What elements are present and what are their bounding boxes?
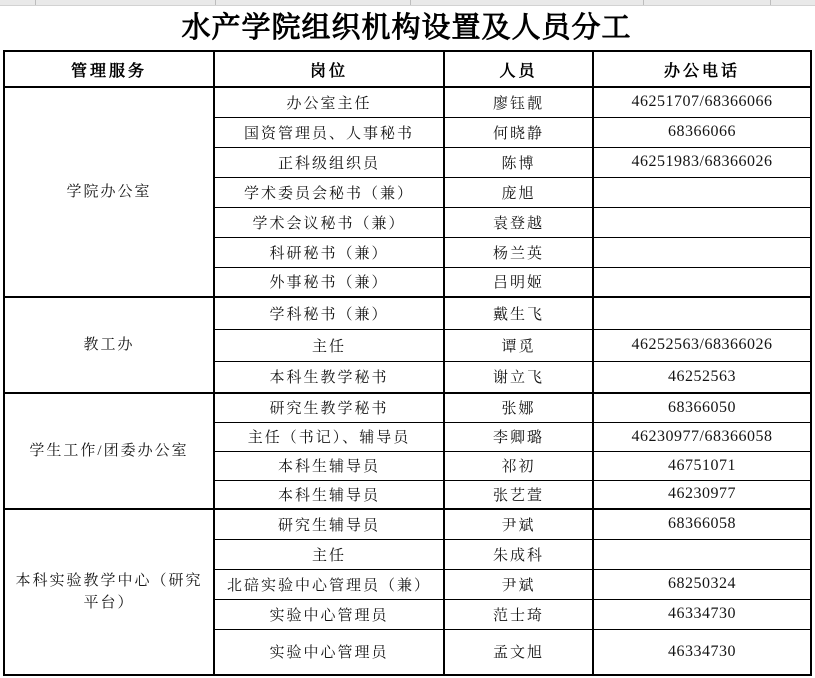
person-cell: 范士琦 bbox=[444, 599, 593, 629]
col-header-position: 岗位 bbox=[214, 51, 444, 87]
spreadsheet-row-edge bbox=[0, 0, 815, 6]
table-row: 教工办学科秘书（兼）戴生飞 bbox=[4, 297, 811, 329]
phone-cell: 68366058 bbox=[593, 509, 811, 539]
position-cell: 科研秘书（兼） bbox=[214, 237, 444, 267]
phone-cell: 46334730 bbox=[593, 599, 811, 629]
org-table: 管理服务 岗位 人员 办公电话 学院办公室办公室主任廖钰靓46251707/68… bbox=[3, 50, 812, 676]
gridline-tick bbox=[643, 0, 644, 5]
col-header-person: 人员 bbox=[444, 51, 593, 87]
position-cell: 主任（书记）、辅导员 bbox=[214, 422, 444, 451]
position-cell: 本科生教学秘书 bbox=[214, 361, 444, 393]
gridline-tick bbox=[410, 0, 411, 5]
org-table-body: 学院办公室办公室主任廖钰靓46251707/68366066国资管理员、人事秘书… bbox=[4, 87, 811, 675]
position-cell: 正科级组织员 bbox=[214, 147, 444, 177]
table-row: 学生工作/团委办公室研究生教学秘书张娜68366050 bbox=[4, 393, 811, 422]
header-row: 管理服务 岗位 人员 办公电话 bbox=[4, 51, 811, 87]
person-cell: 杨兰英 bbox=[444, 237, 593, 267]
table-header: 管理服务 岗位 人员 办公电话 bbox=[4, 51, 811, 87]
person-cell: 尹斌 bbox=[444, 569, 593, 599]
position-cell: 研究生辅导员 bbox=[214, 509, 444, 539]
phone-cell: 46252563 bbox=[593, 361, 811, 393]
phone-cell: 46252563/68366026 bbox=[593, 329, 811, 361]
position-cell: 本科生辅导员 bbox=[214, 451, 444, 480]
person-cell: 谭觅 bbox=[444, 329, 593, 361]
person-cell: 袁登越 bbox=[444, 207, 593, 237]
position-cell: 学术委员会秘书（兼） bbox=[214, 177, 444, 207]
position-cell: 学术会议秘书（兼） bbox=[214, 207, 444, 237]
phone-cell: 68366066 bbox=[593, 117, 811, 147]
gridline-tick bbox=[215, 0, 216, 5]
position-cell: 学科秘书（兼） bbox=[214, 297, 444, 329]
position-cell: 主任 bbox=[214, 539, 444, 569]
phone-cell bbox=[593, 267, 811, 297]
person-cell: 孟文旭 bbox=[444, 629, 593, 675]
phone-cell: 68250324 bbox=[593, 569, 811, 599]
position-cell: 主任 bbox=[214, 329, 444, 361]
person-cell: 谢立飞 bbox=[444, 361, 593, 393]
phone-cell: 46751071 bbox=[593, 451, 811, 480]
phone-cell bbox=[593, 207, 811, 237]
phone-cell: 68366050 bbox=[593, 393, 811, 422]
page-title: 水产学院组织机构设置及人员分工 bbox=[3, 12, 810, 45]
gridline-tick bbox=[35, 0, 36, 5]
position-cell: 实验中心管理员 bbox=[214, 629, 444, 675]
phone-cell bbox=[593, 297, 811, 329]
position-cell: 外事秘书（兼） bbox=[214, 267, 444, 297]
person-cell: 何晓静 bbox=[444, 117, 593, 147]
person-cell: 张娜 bbox=[444, 393, 593, 422]
person-cell: 庞旭 bbox=[444, 177, 593, 207]
person-cell: 李卿璐 bbox=[444, 422, 593, 451]
position-cell: 本科生辅导员 bbox=[214, 480, 444, 509]
phone-cell bbox=[593, 237, 811, 267]
col-header-office-phone: 办公电话 bbox=[593, 51, 811, 87]
col-header-management-service: 管理服务 bbox=[4, 51, 214, 87]
phone-cell bbox=[593, 177, 811, 207]
phone-cell: 46251707/68366066 bbox=[593, 87, 811, 117]
person-cell: 祁初 bbox=[444, 451, 593, 480]
person-cell: 尹斌 bbox=[444, 509, 593, 539]
person-cell: 廖钰靓 bbox=[444, 87, 593, 117]
position-cell: 北碚实验中心管理员（兼） bbox=[214, 569, 444, 599]
department-cell: 教工办 bbox=[4, 297, 214, 393]
department-cell: 学生工作/团委办公室 bbox=[4, 393, 214, 509]
position-cell: 实验中心管理员 bbox=[214, 599, 444, 629]
phone-cell: 46230977 bbox=[593, 480, 811, 509]
person-cell: 吕明姬 bbox=[444, 267, 593, 297]
table-row: 本科实验教学中心（研究平台）研究生辅导员尹斌68366058 bbox=[4, 509, 811, 539]
position-cell: 研究生教学秘书 bbox=[214, 393, 444, 422]
gridline-tick bbox=[770, 0, 771, 5]
person-cell: 朱成科 bbox=[444, 539, 593, 569]
table-row: 学院办公室办公室主任廖钰靓46251707/68366066 bbox=[4, 87, 811, 117]
position-cell: 国资管理员、人事秘书 bbox=[214, 117, 444, 147]
phone-cell: 46334730 bbox=[593, 629, 811, 675]
department-cell: 本科实验教学中心（研究平台） bbox=[4, 509, 214, 675]
phone-cell: 46251983/68366026 bbox=[593, 147, 811, 177]
person-cell: 陈博 bbox=[444, 147, 593, 177]
person-cell: 戴生飞 bbox=[444, 297, 593, 329]
department-cell: 学院办公室 bbox=[4, 87, 214, 297]
phone-cell bbox=[593, 539, 811, 569]
position-cell: 办公室主任 bbox=[214, 87, 444, 117]
phone-cell: 46230977/68366058 bbox=[593, 422, 811, 451]
person-cell: 张艺萱 bbox=[444, 480, 593, 509]
